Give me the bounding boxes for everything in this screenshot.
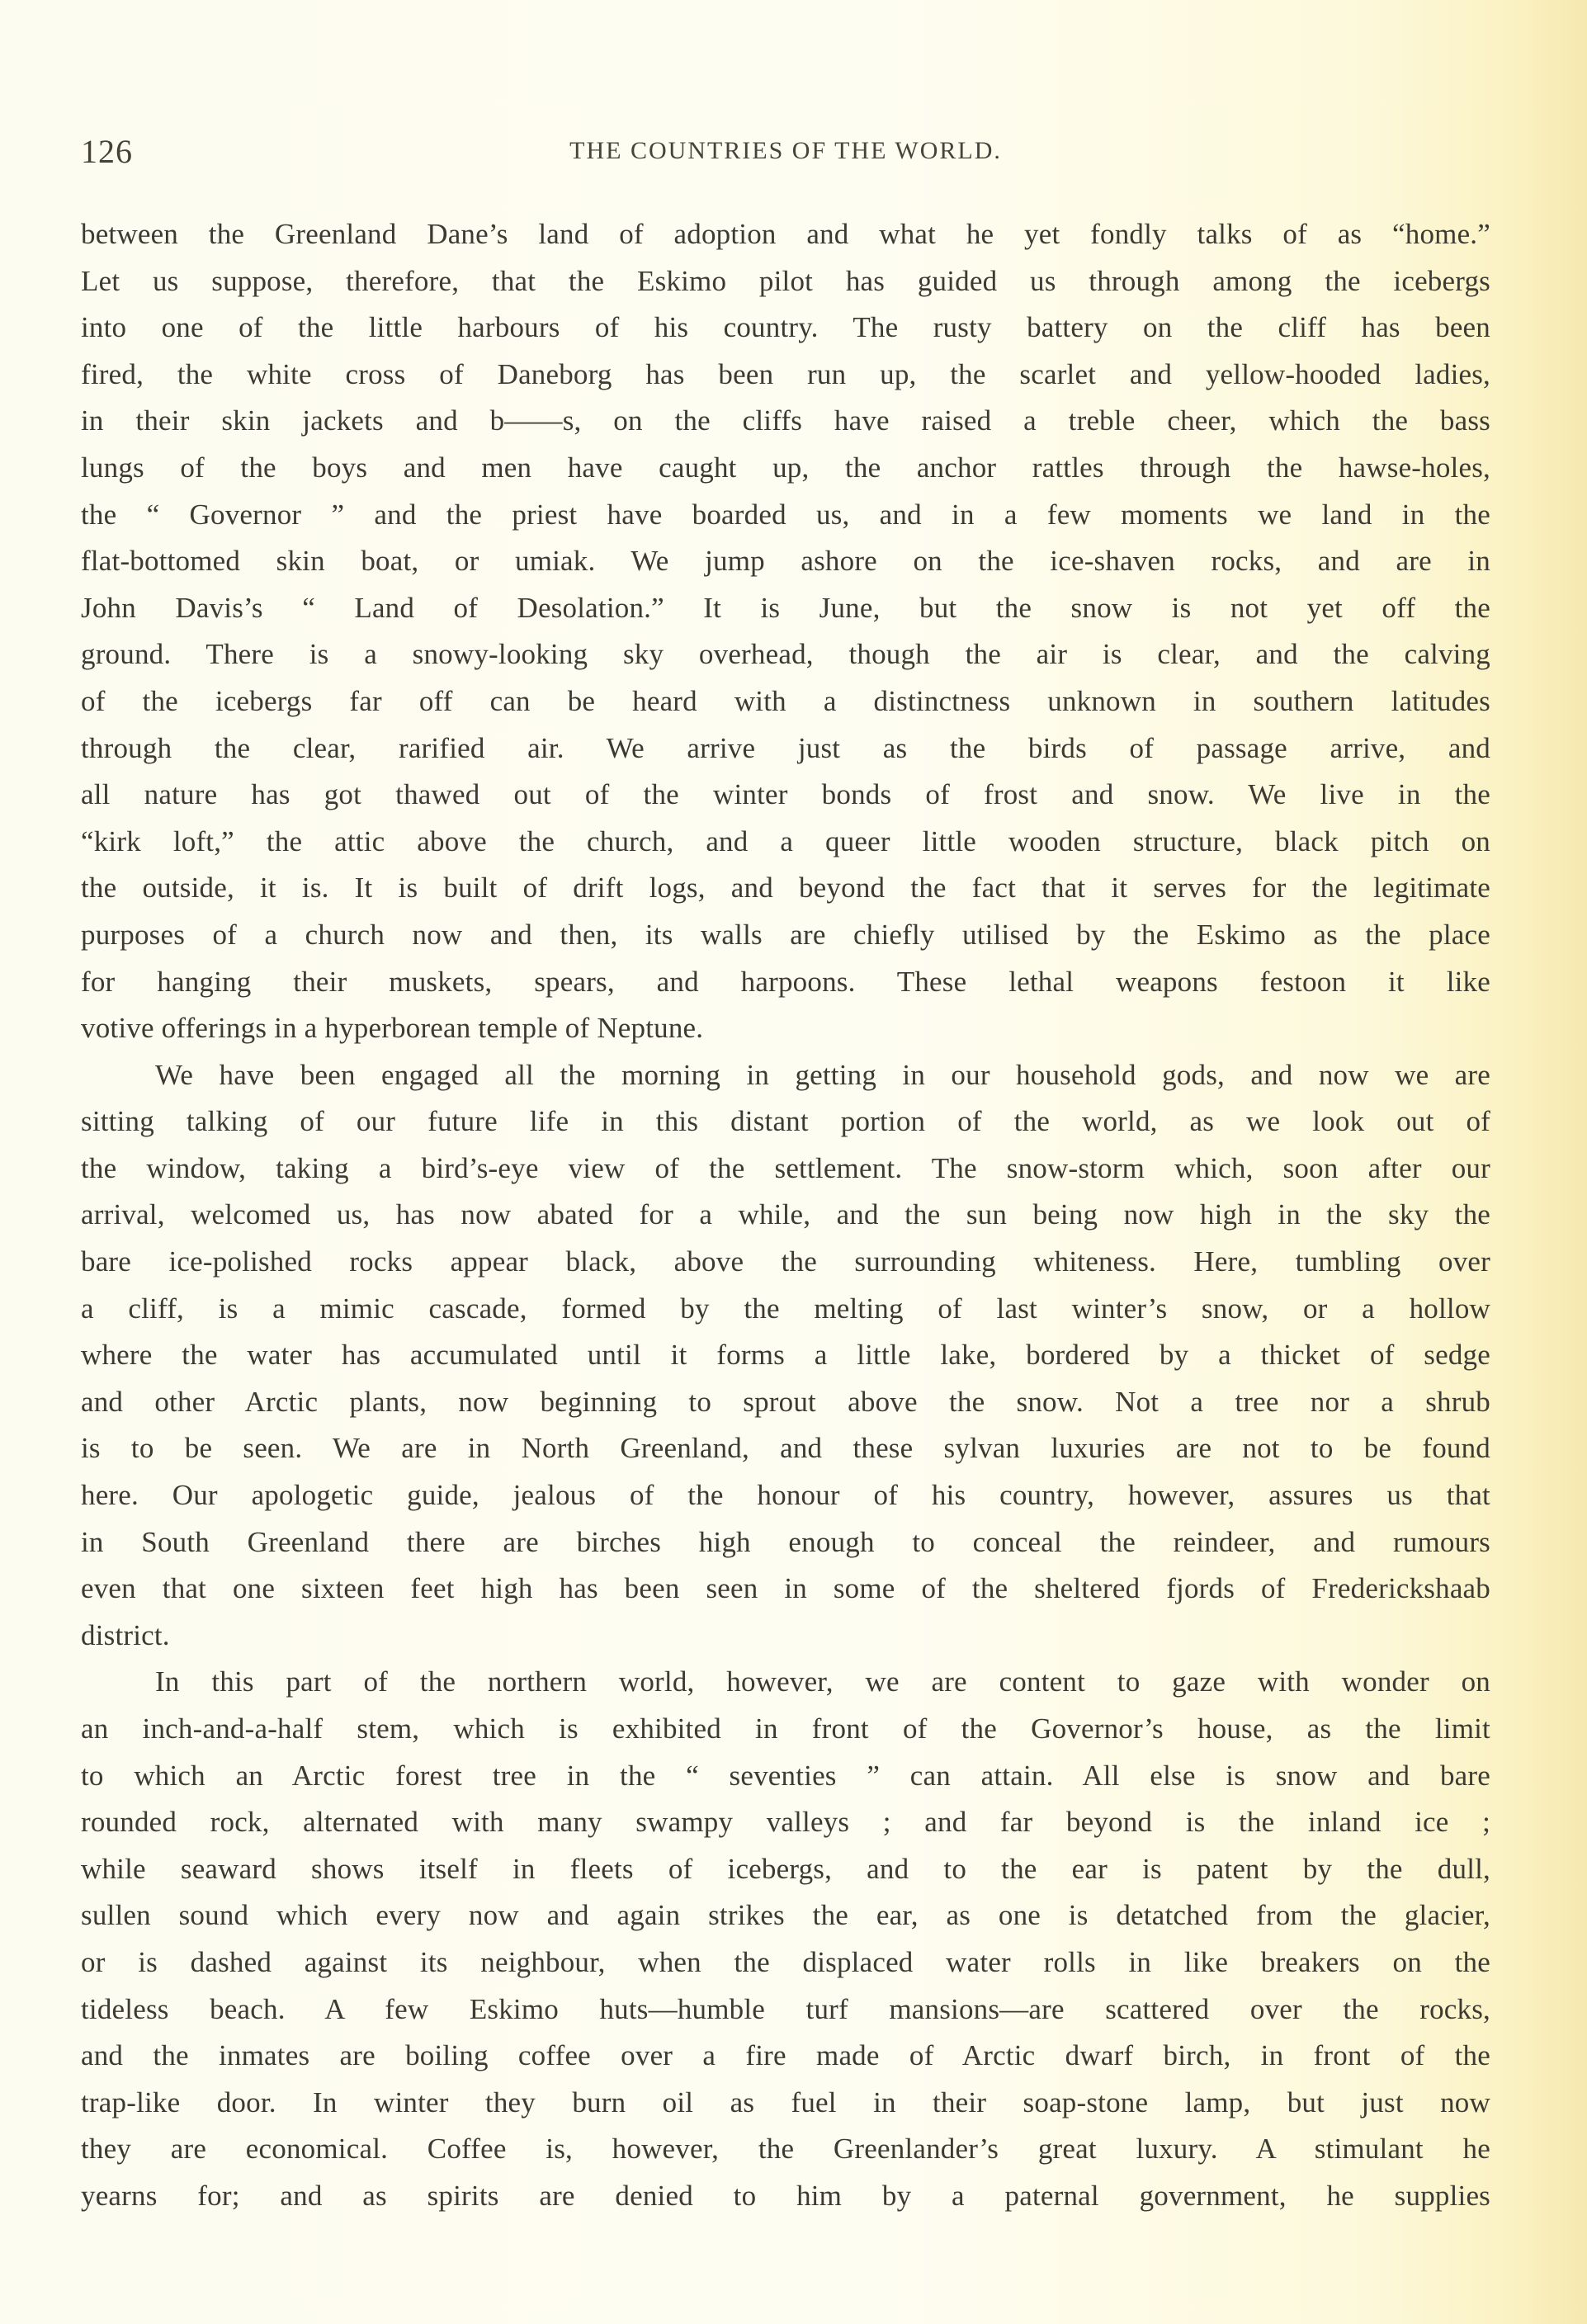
text-line: of the icebergs far off can be heard wit…: [81, 678, 1490, 725]
text-line: in South Greenland there are birches hig…: [81, 1519, 1490, 1566]
text-line: yearns for; and as spirits are denied to…: [81, 2173, 1490, 2220]
text-line: sitting talking of our future life in th…: [81, 1098, 1490, 1145]
text-line: to which an Arctic forest tree in the “ …: [81, 1753, 1490, 1800]
text-line: bare ice-polished rocks appear black, ab…: [81, 1239, 1490, 1286]
text-line: all nature has got thawed out of the win…: [81, 772, 1490, 819]
text-line: and other Arctic plants, now beginning t…: [81, 1379, 1490, 1426]
text-line: for hanging their muskets, spears, and h…: [81, 959, 1490, 1006]
text-line: an inch-and-a-half stem, which is exhibi…: [81, 1706, 1490, 1753]
text-line: sullen sound which every now and again s…: [81, 1892, 1490, 1939]
book-page: 126 THE COUNTRIES OF THE WORLD. between …: [0, 0, 1587, 2324]
paragraph: between the Greenland Dane’s land of ado…: [81, 211, 1490, 1052]
text-line: Let us suppose, therefore, that the Eski…: [81, 258, 1490, 305]
text-line: arrival, welcomed us, has now abated for…: [81, 1192, 1490, 1239]
text-line: flat-bottomed skin boat, or umiak. We ju…: [81, 538, 1490, 585]
paragraph: We have been engaged all the morning in …: [81, 1052, 1490, 1660]
text-line: even that one sixteen feet high has been…: [81, 1566, 1490, 1613]
text-line: John Davis’s “ Land of Desolation.” It i…: [81, 585, 1490, 632]
text-line: the “ Governor ” and the priest have boa…: [81, 492, 1490, 539]
text-line: district.: [81, 1613, 1490, 1660]
text-line: purposes of a church now and then, its w…: [81, 912, 1490, 959]
text-line: here. Our apologetic guide, jealous of t…: [81, 1472, 1490, 1519]
text-line: In this part of the northern world, howe…: [81, 1659, 1490, 1706]
text-line: while seaward shows itself in fleets of …: [81, 1846, 1490, 1893]
text-line: into one of the little harbours of his c…: [81, 305, 1490, 352]
text-line: where the water has accumulated until it…: [81, 1332, 1490, 1379]
text-line: the window, taking a bird’s-eye view of …: [81, 1145, 1490, 1193]
running-title: THE COUNTRIES OF THE WORLD.: [81, 137, 1490, 165]
text-line: tideless beach. A few Eskimo huts—humble…: [81, 1986, 1490, 2033]
text-line: in their skin jackets and b——s, on the c…: [81, 398, 1490, 445]
text-line: rounded rock, alternated with many swamp…: [81, 1799, 1490, 1846]
paragraph: In this part of the northern world, howe…: [81, 1659, 1490, 2219]
text-line: trap-like door. In winter they burn oil …: [81, 2080, 1490, 2127]
text-line: “kirk loft,” the attic above the church,…: [81, 819, 1490, 866]
text-line: between the Greenland Dane’s land of ado…: [81, 211, 1490, 258]
body-text: between the Greenland Dane’s land of ado…: [81, 211, 1490, 2220]
text-line: through the clear, rarified air. We arri…: [81, 725, 1490, 772]
text-line: lungs of the boys and men have caught up…: [81, 445, 1490, 492]
text-line: or is dashed against its neighbour, when…: [81, 1939, 1490, 1986]
text-line: a cliff, is a mimic cascade, formed by t…: [81, 1286, 1490, 1333]
text-line: votive offerings in a hyperborean temple…: [81, 1005, 1490, 1052]
text-line: the outside, it is. It is built of drift…: [81, 865, 1490, 912]
text-line: and the inmates are boiling coffee over …: [81, 2033, 1490, 2080]
text-line: We have been engaged all the morning in …: [81, 1052, 1490, 1099]
text-line: they are economical. Coffee is, however,…: [81, 2126, 1490, 2173]
text-line: is to be seen. We are in North Greenland…: [81, 1425, 1490, 1472]
text-line: ground. There is a snowy-looking sky ove…: [81, 631, 1490, 678]
text-line: fired, the white cross of Daneborg has b…: [81, 352, 1490, 399]
running-head: 126 THE COUNTRIES OF THE WORLD.: [81, 132, 1490, 173]
